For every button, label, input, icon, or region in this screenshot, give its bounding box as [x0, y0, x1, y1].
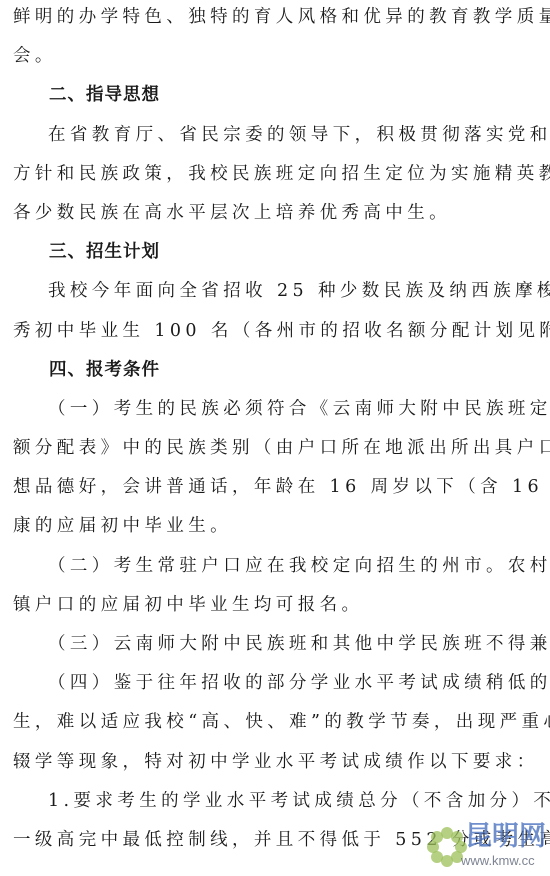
body-line-21: 1.要求考生的学业水平考试成绩总分（不含加分）不得低于当地 [13, 782, 539, 821]
watermark-url: www.kmw.cc [461, 853, 535, 869]
section-heading-application-conditions: 四、报考条件 [13, 351, 539, 390]
body-line-18: （四）鉴于往年招收的部分学业水平考试成绩稍低的民族班学 [13, 664, 539, 703]
body-line-8: 我校今年面向全省招收 25 种少数民族及纳西族摩梭人的应届优 [13, 272, 539, 311]
body-line-13: 想品德好，会讲普通话，年龄在 16 周岁以下（含 16 周岁），身体健 [13, 468, 539, 507]
body-line-9: 秀初中毕业生 100 名（各州市的招收名额分配计划见附表）。 [13, 312, 539, 351]
body-line-4: 在省教育厅、省民宗委的领导下，积极贯彻落实党和国家的教育 [13, 116, 539, 155]
body-line-15: （二）考生常驻户口应在我校定向招生的州市。农村户口和城 [13, 547, 539, 586]
body-line-19: 生，难以适应我校“高、快、难”的教学节奏，出现严重心理问题、 [13, 703, 539, 742]
body-line-12: 额分配表》中的民族类别（由户口所在地派出所出具户口证明），思 [13, 429, 539, 468]
site-watermark: 昆明网 www.kmw.cc [425, 822, 550, 876]
body-line-11: （一）考生的民族必须符合《云南师大附中民族班定向招生名 [13, 390, 539, 429]
body-line-5: 方针和民族政策，我校民族班定向招生定位为实施精英教育，为全省 [13, 155, 539, 194]
body-line-16: 镇户口的应届初中毕业生均可报名。 [13, 586, 539, 625]
section-heading-enrollment-plan: 三、招生计划 [13, 233, 539, 272]
body-line-6: 各少数民族在高水平层次上培养优秀高中生。 [13, 194, 539, 233]
body-line-17: （三）云南师大附中民族班和其他中学民族班不得兼报。 [13, 625, 539, 664]
body-line-1: 鲜明的办学特色、独特的育人风格和优异的教育教学质量而享誉社 [13, 0, 539, 37]
document-page: 鲜明的办学特色、独特的育人风格和优异的教育教学质量而享誉社 会。 二、指导思想 … [13, 0, 539, 860]
watermark-brand: 昆明网 [465, 822, 546, 852]
body-line-2: 会。 [13, 37, 539, 76]
body-line-14: 康的应届初中毕业生。 [13, 507, 539, 546]
body-line-20: 辍学等现象，特对初中学业水平考试成绩作以下要求： [13, 743, 539, 782]
section-heading-guiding-ideology: 二、指导思想 [13, 76, 539, 115]
